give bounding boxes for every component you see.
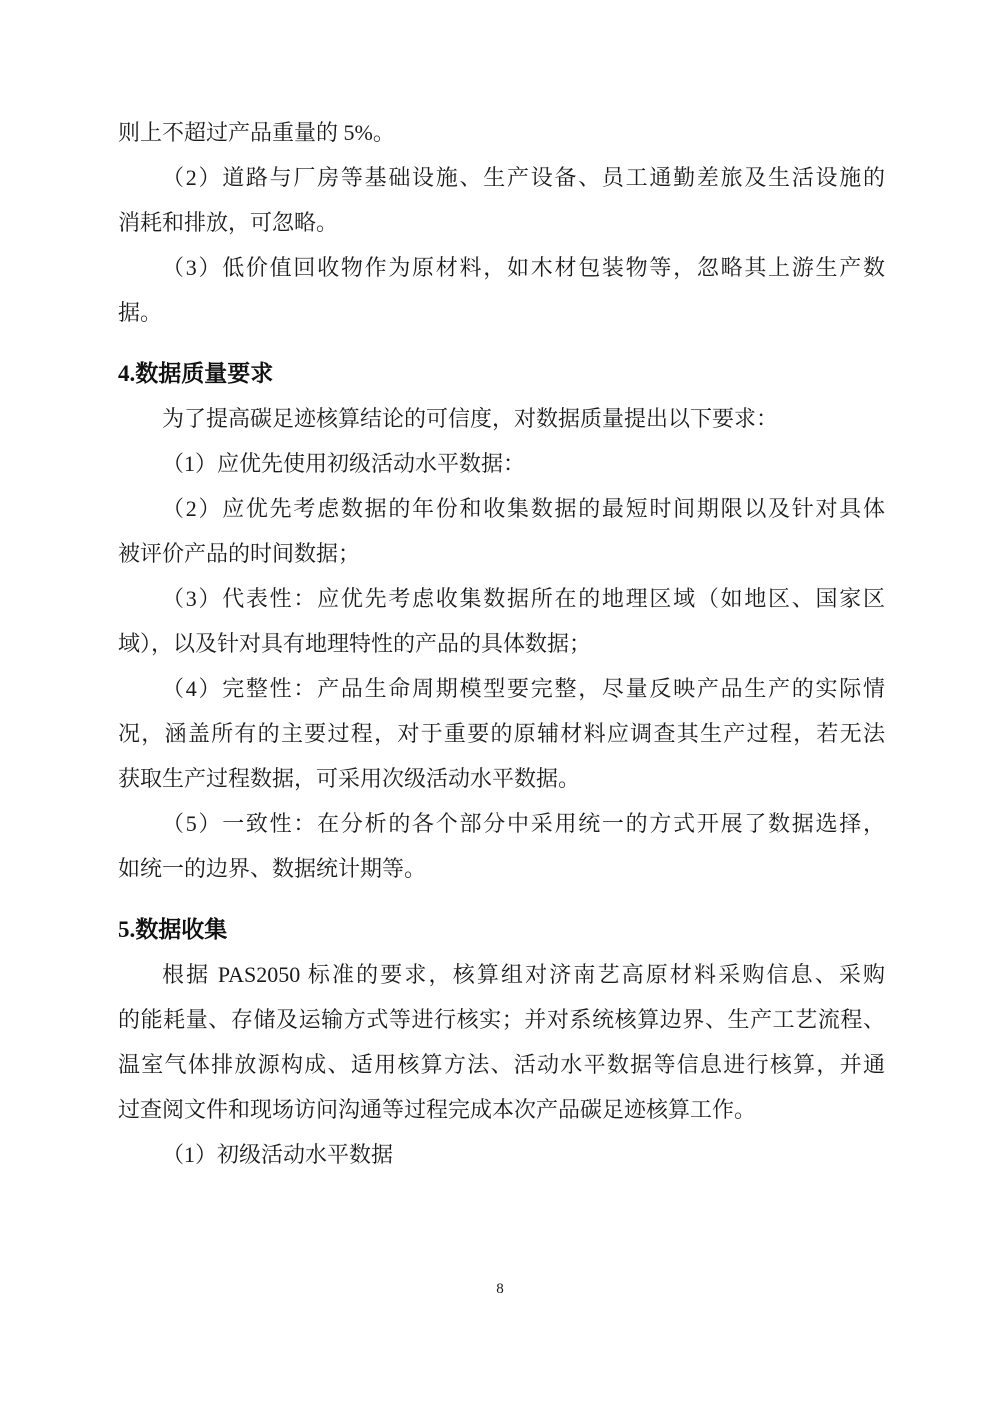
paragraph: （5）一致性：在分析的各个部分中采用统一的方式开展了数据选择， 如统一的边界、数…: [118, 801, 885, 891]
text-line: （1）应优先使用初级活动水平数据：: [118, 441, 885, 486]
text-line: （2）道路与厂房等基础设施、生产设备、员工通勤差旅及生活设施的: [118, 155, 885, 200]
paragraph: （1）应优先使用初级活动水平数据：: [118, 441, 885, 486]
section-heading-4: 4.数据质量要求: [118, 351, 885, 396]
text-line: 域），以及针对具有地理特性的产品的具体数据；: [118, 621, 885, 666]
paragraph: （2）道路与厂房等基础设施、生产设备、员工通勤差旅及生活设施的 消耗和排放，可忽…: [118, 155, 885, 245]
text-line: （3）低价值回收物作为原材料，如木材包装物等，忽略其上游生产数: [118, 245, 885, 290]
text-line: 为了提高碳足迹核算结论的可信度，对数据质量提出以下要求：: [118, 396, 885, 441]
text-line: 被评价产品的时间数据；: [118, 531, 885, 576]
text-line: 的能耗量、存储及运输方式等进行核实；并对系统核算边界、生产工艺流程、: [118, 997, 885, 1042]
text-line: 况，涵盖所有的主要过程，对于重要的原辅材料应调查其生产过程，若无法: [118, 711, 885, 756]
section-heading-5: 5.数据收集: [118, 907, 885, 952]
paragraph: （1）初级活动水平数据: [118, 1132, 885, 1177]
text-line: 过查阅文件和现场访问沟通等过程完成本次产品碳足迹核算工作。: [118, 1087, 885, 1132]
text-line: 如统一的边界、数据统计期等。: [118, 846, 885, 891]
text-line: （2）应优先考虑数据的年份和收集数据的最短时间期限以及针对具体: [118, 486, 885, 531]
paragraph: 则上不超过产品重量的 5%。: [118, 110, 885, 155]
text-line: （5）一致性：在分析的各个部分中采用统一的方式开展了数据选择，: [118, 801, 885, 846]
paragraph: （3）代表性：应优先考虑收集数据所在的地理区域（如地区、国家区 域），以及针对具…: [118, 576, 885, 666]
paragraph: （4）完整性：产品生命周期模型要完整，尽量反映产品生产的实际情 况，涵盖所有的主…: [118, 666, 885, 801]
paragraph: 为了提高碳足迹核算结论的可信度，对数据质量提出以下要求：: [118, 396, 885, 441]
text-line: 获取生产过程数据，可采用次级活动水平数据。: [118, 756, 885, 801]
text-line: 则上不超过产品重量的 5%。: [118, 110, 885, 155]
text-line: （1）初级活动水平数据: [118, 1132, 885, 1177]
text-line: 消耗和排放，可忽略。: [118, 200, 885, 245]
text-line: 根据 PAS2050 标准的要求，核算组对济南艺高原材料采购信息、采购: [118, 952, 885, 997]
text-line: 据。: [118, 290, 885, 335]
text-line: （4）完整性：产品生命周期模型要完整，尽量反映产品生产的实际情: [118, 666, 885, 711]
text-line: 温室气体排放源构成、适用核算方法、活动水平数据等信息进行核算，并通: [118, 1042, 885, 1087]
document-page: 则上不超过产品重量的 5%。 （2）道路与厂房等基础设施、生产设备、员工通勤差旅…: [0, 0, 1000, 1415]
paragraph: （2）应优先考虑数据的年份和收集数据的最短时间期限以及针对具体 被评价产品的时间…: [118, 486, 885, 576]
page-number: 8: [0, 1278, 1000, 1300]
document-body: 则上不超过产品重量的 5%。 （2）道路与厂房等基础设施、生产设备、员工通勤差旅…: [118, 110, 885, 1177]
paragraph: （3）低价值回收物作为原材料，如木材包装物等，忽略其上游生产数 据。: [118, 245, 885, 335]
text-line: （3）代表性：应优先考虑收集数据所在的地理区域（如地区、国家区: [118, 576, 885, 621]
paragraph: 根据 PAS2050 标准的要求，核算组对济南艺高原材料采购信息、采购 的能耗量…: [118, 952, 885, 1132]
